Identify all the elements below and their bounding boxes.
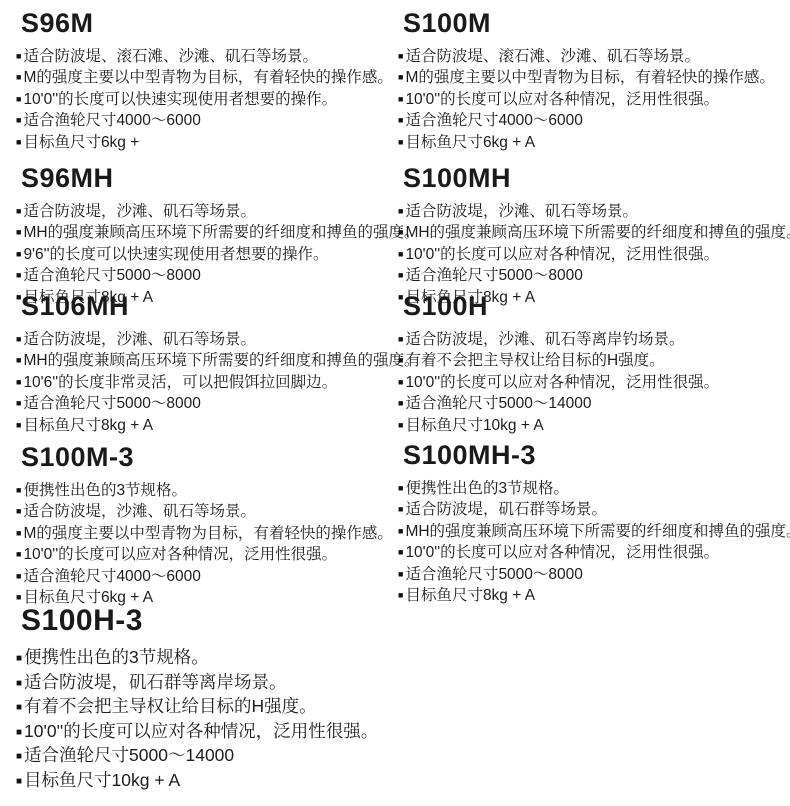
spec-line: ■便携性出色的3节规格。 [16,480,393,502]
spec-line: ■适合渔轮尺寸5000～14000 [16,744,378,769]
model-title: S100MH [403,164,790,194]
bullet-square-icon: ■ [16,206,21,216]
spec-line: ■MH的强度兼顾高压环境下所需要的纤细度和搏鱼的强度。 [398,521,790,543]
spec-line: ■适合防波堤，矶石群等场景。 [398,499,790,521]
bullet-square-icon: ■ [16,377,21,387]
spec-text: 适合渔轮尺寸5000～8000 [23,267,200,284]
spec-text: 适合防波堤，沙滩、矶石等场景。 [23,503,256,520]
spec-text: 9'6''的长度可以快速实现使用者想要的操作。 [23,246,328,263]
model-section-s100mh-3: S100MH-3 ■便携性出色的3节规格。 ■适合防波堤，矶石群等场景。 ■MH… [398,441,790,607]
spec-text: 目标鱼尺寸8kg + A [23,417,153,434]
bullet-square-icon: ■ [16,653,22,664]
model-section-s100m-3: S100M-3 ■便携性出色的3节规格。 ■适合防波堤，沙滩、矶石等场景。 ■M… [16,443,393,609]
bullet-square-icon: ■ [398,547,403,557]
spec-line: ■MH的强度兼顾高压环境下所需要的纤细度和搏鱼的强度。 [16,222,420,244]
bullet-square-icon: ■ [16,115,21,125]
bullet-square-icon: ■ [398,94,403,104]
spec-text: 目标鱼尺寸6kg + [23,134,139,151]
bullet-square-icon: ■ [16,249,21,259]
spec-text: 适合防波堤，矶石群等场景。 [405,501,607,518]
spec-text: 目标鱼尺寸10kg + A [24,770,180,790]
spec-text: M的强度主要以中型青物为目标，有着轻快的操作感。 [23,69,392,86]
spec-line: ■10'0''的长度可以应对各种情况，泛用性很强。 [398,542,790,564]
bullet-square-icon: ■ [398,483,403,493]
bullet-square-icon: ■ [16,678,22,689]
spec-text: 10'0''的长度可以应对各种情况，泛用性很强。 [405,544,719,561]
bullet-square-icon: ■ [398,590,403,600]
spec-line: ■M的强度主要以中型青物为目标，有着轻快的操作感。 [398,67,775,89]
spec-text: 10'0''的长度可以应对各种情况，泛用性很强。 [24,721,378,741]
model-title: S100MH-3 [403,441,790,471]
bullet-square-icon: ■ [16,751,22,762]
model-title: S100M [403,9,775,39]
bullet-square-icon: ■ [398,355,403,365]
bullet-square-icon: ■ [16,137,21,147]
bullet-square-icon: ■ [16,506,21,516]
spec-list: ■适合防波堤、滚石滩、沙滩、矶石等场景。 ■M的强度主要以中型青物为目标，有着轻… [398,46,775,154]
spec-line: ■9'6''的长度可以快速实现使用者想要的操作。 [16,244,420,266]
spec-text: 适合防波堤，沙滩、矶石等场景。 [23,331,256,348]
model-title: S100H-3 [21,604,378,637]
spec-text: MH的强度兼顾高压环境下所需要的纤细度和搏鱼的强度。 [23,224,419,241]
spec-line: ■目标鱼尺寸10kg + A [398,415,719,437]
spec-list: ■便携性出色的3节规格。 ■适合防波堤，矶石群等离岸场景。 ■有着不会把主导权让… [16,646,378,793]
model-section-s100h-3: S100H-3 ■便携性出色的3节规格。 ■适合防波堤，矶石群等离岸场景。 ■有… [16,604,378,793]
bullet-square-icon: ■ [16,355,21,365]
bullet-square-icon: ■ [16,420,21,430]
bullet-square-icon: ■ [16,776,22,787]
spec-line: ■目标鱼尺寸6kg + [16,132,393,154]
model-title: S106MH [21,292,420,322]
spec-text: 10'6''的长度非常灵活，可以把假饵拉回脚边。 [23,374,337,391]
spec-line: ■目标鱼尺寸6kg + A [398,132,775,154]
bullet-square-icon: ■ [398,270,403,280]
model-section-s96m: S96M ■适合防波堤、滚石滩、沙滩、矶石等场景。 ■M的强度主要以中型青物为目… [16,9,393,153]
spec-line: ■有着不会把主导权让给目标的H强度。 [16,695,378,720]
model-section-s100m: S100M ■适合防波堤、滚石滩、沙滩、矶石等场景。 ■M的强度主要以中型青物为… [398,9,775,153]
spec-text: 适合防波堤，沙滩、矶石等离岸钓场景。 [405,331,684,348]
bullet-square-icon: ■ [398,115,403,125]
bullet-square-icon: ■ [398,398,403,408]
spec-text: 适合防波堤、滚石滩、沙滩、矶石等场景。 [405,48,700,65]
spec-list: ■适合防波堤、滚石滩、沙滩、矶石等场景。 ■M的强度主要以中型青物为目标，有着轻… [16,46,393,154]
spec-line: ■适合渔轮尺寸5000～14000 [398,393,719,415]
bullet-square-icon: ■ [16,528,21,538]
spec-text: 便携性出色的3节规格。 [24,647,209,667]
model-section-s106mh: S106MH ■适合防波堤，沙滩、矶石等场景。 ■MH的强度兼顾高压环境下所需要… [16,292,420,436]
spec-text: MH的强度兼顾高压环境下所需要的纤细度和搏鱼的强度。 [405,523,790,540]
bullet-square-icon: ■ [16,727,22,738]
model-section-s100h: S100H ■适合防波堤，沙滩、矶石等离岸钓场景。 ■有着不会把主导权让给目标的… [398,292,719,436]
spec-line: ■适合防波堤，矶石群等离岸场景。 [16,671,378,696]
spec-text: 10'0''的长度可以应对各种情况，泛用性很强。 [405,246,719,263]
spec-line: ■适合防波堤，沙滩、矶石等场景。 [16,201,420,223]
spec-line: ■适合渔轮尺寸4000～6000 [16,110,393,132]
spec-text: 适合防波堤，矶石群等离岸场景。 [24,672,287,692]
spec-line: ■10'0''的长度可以应对各种情况，泛用性很强。 [398,372,719,394]
spec-text: 便携性出色的3节规格。 [23,482,187,499]
spec-text: 10'0''的长度可以快速实现使用者想要的操作。 [23,91,337,108]
spec-text: 有着不会把主导权让给目标的H强度。 [24,696,317,716]
spec-line: ■适合防波堤，沙滩、矶石等场景。 [398,201,790,223]
spec-text: MH的强度兼顾高压环境下所需要的纤细度和搏鱼的强度。 [23,352,419,369]
spec-text: 适合渔轮尺寸5000～14000 [405,395,591,412]
spec-text: 有着不会把主导权让给目标的H强度。 [405,352,664,369]
spec-list: ■便携性出色的3节规格。 ■适合防波堤，矶石群等场景。 ■MH的强度兼顾高压环境… [398,478,790,607]
spec-text: 适合渔轮尺寸5000～8000 [405,267,582,284]
spec-line: ■10'0''的长度可以应对各种情况，泛用性很强。 [16,720,378,745]
model-title: S100H [403,292,719,322]
bullet-square-icon: ■ [398,137,403,147]
model-title: S100M-3 [21,443,393,473]
spec-line: ■便携性出色的3节规格。 [398,478,790,500]
bullet-square-icon: ■ [16,227,21,237]
spec-line: ■10'0''的长度可以快速实现使用者想要的操作。 [16,89,393,111]
bullet-square-icon: ■ [16,592,21,602]
bullet-square-icon: ■ [16,334,21,344]
spec-text: 目标鱼尺寸10kg + A [405,417,543,434]
spec-line: ■MH的强度兼顾高压环境下所需要的纤细度和搏鱼的强度。 [16,350,420,372]
spec-line: ■适合渔轮尺寸4000～6000 [16,566,393,588]
bullet-square-icon: ■ [16,485,21,495]
bullet-square-icon: ■ [16,571,21,581]
spec-line: ■10'0''的长度可以应对各种情况，泛用性很强。 [16,544,393,566]
spec-line: ■适合防波堤、滚石滩、沙滩、矶石等场景。 [398,46,775,68]
spec-text: 10'0''的长度可以应对各种情况，泛用性很强。 [405,374,719,391]
spec-text: 适合防波堤，沙滩、矶石等场景。 [23,203,256,220]
spec-text: 适合防波堤，沙滩、矶石等场景。 [405,203,638,220]
spec-text: 适合渔轮尺寸5000～8000 [23,395,200,412]
spec-text: 适合渔轮尺寸4000～6000 [23,568,200,585]
spec-line: ■10'0''的长度可以应对各种情况，泛用性很强。 [398,244,790,266]
spec-text: 10'0''的长度可以应对各种情况，泛用性很强。 [23,546,337,563]
spec-line: ■适合防波堤，沙滩、矶石等场景。 [16,501,393,523]
spec-list: ■便携性出色的3节规格。 ■适合防波堤，沙滩、矶石等场景。 ■M的强度主要以中型… [16,480,393,609]
bullet-square-icon: ■ [398,227,403,237]
spec-line: ■便携性出色的3节规格。 [16,646,378,671]
spec-line: ■适合渔轮尺寸5000～8000 [16,265,420,287]
model-section-s96mh: S96MH ■适合防波堤，沙滩、矶石等场景。 ■MH的强度兼顾高压环境下所需要的… [16,164,420,308]
model-title: S96M [21,9,393,39]
spec-text: 便携性出色的3节规格。 [405,480,569,497]
spec-text: M的强度主要以中型青物为目标，有着轻快的操作感。 [23,525,392,542]
bullet-square-icon: ■ [398,526,403,536]
spec-line: ■目标鱼尺寸10kg + A [16,769,378,794]
spec-line: ■10'0''的长度可以应对各种情况，泛用性很强。 [398,89,775,111]
spec-line: ■M的强度主要以中型青物为目标，有着轻快的操作感。 [16,67,393,89]
spec-text: MH的强度兼顾高压环境下所需要的纤细度和搏鱼的强度。 [405,224,790,241]
bullet-square-icon: ■ [398,504,403,514]
bullet-square-icon: ■ [16,94,21,104]
bullet-square-icon: ■ [16,549,21,559]
spec-list: ■适合防波堤，沙滩、矶石等场景。 ■MH的强度兼顾高压环境下所需要的纤细度和搏鱼… [16,329,420,437]
bullet-square-icon: ■ [398,206,403,216]
bullet-square-icon: ■ [16,398,21,408]
bullet-square-icon: ■ [398,420,403,430]
spec-list: ■适合防波堤，沙滩、矶石等离岸钓场景。 ■有着不会把主导权让给目标的H强度。 ■… [398,329,719,437]
bullet-square-icon: ■ [398,334,403,344]
spec-line: ■目标鱼尺寸8kg + A [16,415,420,437]
spec-line: ■适合防波堤，沙滩、矶石等离岸钓场景。 [398,329,719,351]
spec-text: 10'0''的长度可以应对各种情况，泛用性很强。 [405,91,719,108]
bullet-square-icon: ■ [398,377,403,387]
bullet-square-icon: ■ [16,51,21,61]
spec-text: 适合渔轮尺寸5000～8000 [405,566,582,583]
bullet-square-icon: ■ [16,702,22,713]
bullet-square-icon: ■ [16,270,21,280]
bullet-square-icon: ■ [16,72,21,82]
bullet-square-icon: ■ [398,249,403,259]
spec-text: 适合渔轮尺寸4000～6000 [405,112,582,129]
model-title: S96MH [21,164,420,194]
spec-text: 目标鱼尺寸6kg + A [405,134,535,151]
spec-line: ■适合防波堤，沙滩、矶石等场景。 [16,329,420,351]
spec-line: ■10'6''的长度非常灵活，可以把假饵拉回脚边。 [16,372,420,394]
spec-line: ■M的强度主要以中型青物为目标，有着轻快的操作感。 [16,523,393,545]
spec-text: 适合防波堤、滚石滩、沙滩、矶石等场景。 [23,48,318,65]
spec-line: ■有着不会把主导权让给目标的H强度。 [398,350,719,372]
model-section-s100mh: S100MH ■适合防波堤，沙滩、矶石等场景。 ■MH的强度兼顾高压环境下所需要… [398,164,790,308]
spec-line: ■适合渔轮尺寸5000～8000 [398,265,790,287]
spec-text: 适合渔轮尺寸4000～6000 [23,112,200,129]
spec-line: ■适合渔轮尺寸5000～8000 [16,393,420,415]
bullet-square-icon: ■ [398,72,403,82]
spec-line: ■适合渔轮尺寸4000～6000 [398,110,775,132]
bullet-square-icon: ■ [398,51,403,61]
spec-line: ■MH的强度兼顾高压环境下所需要的纤细度和搏鱼的强度。 [398,222,790,244]
spec-line: ■适合渔轮尺寸5000～8000 [398,564,790,586]
spec-text: 适合渔轮尺寸5000～14000 [24,745,234,765]
spec-text: 目标鱼尺寸8kg + A [405,587,535,604]
spec-text: M的强度主要以中型青物为目标，有着轻快的操作感。 [405,69,774,86]
spec-line: ■适合防波堤、滚石滩、沙滩、矶石等场景。 [16,46,393,68]
spec-line: ■目标鱼尺寸8kg + A [398,585,790,607]
bullet-square-icon: ■ [398,569,403,579]
